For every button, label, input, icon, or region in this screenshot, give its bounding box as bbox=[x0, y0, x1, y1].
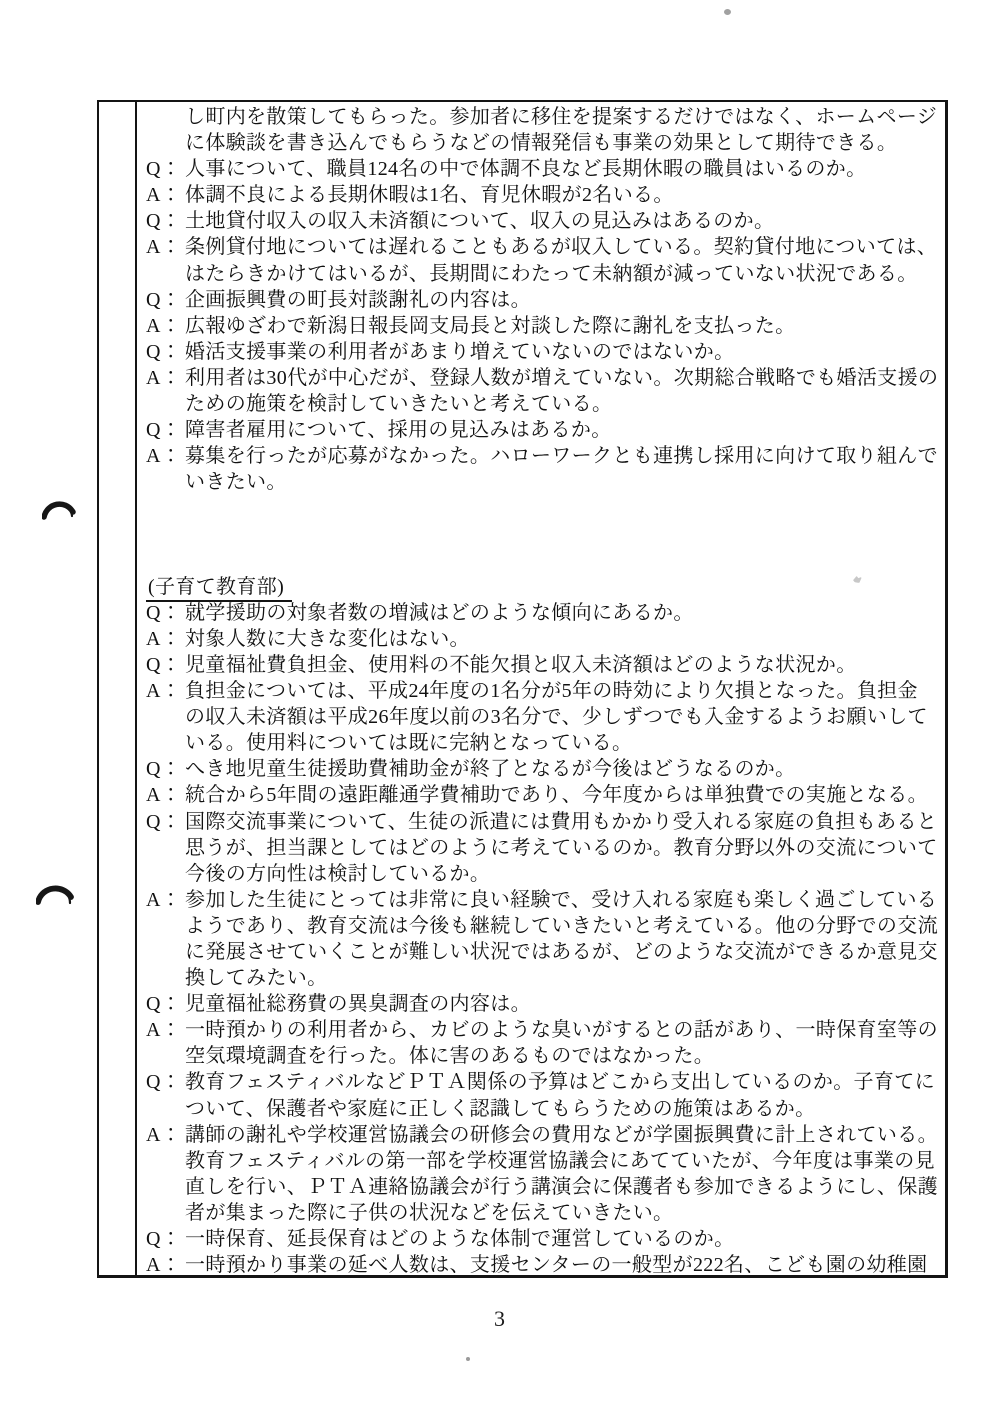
qa-line: Q：就学援助の対象者数の増減はどのような傾向にあるか。 bbox=[146, 600, 942, 626]
qa-line-text: し町内を散策してもらった。参加者に移住を提案するだけではなく、ホームページ bbox=[185, 104, 937, 130]
qa-line: Q：土地貸付収入の収入未済額について、収入の見込みはあるのか。 bbox=[146, 208, 942, 234]
qa-line: A：広報ゆざわで新潟日報長岡支局長と対談した際に謝礼を支払った。 bbox=[146, 313, 942, 339]
qa-line: いきたい。 bbox=[146, 469, 942, 495]
qa-line-text: 換してみたい。 bbox=[185, 965, 327, 991]
qa-line: A：講師の謝礼や学校運営協議会の研修会の費用などが学園振興費に計上されている。 bbox=[146, 1122, 942, 1148]
qa-line-text: 参加した生徒にとっては非常に良い経験で、受け入れる家庭も楽しく過ごしている bbox=[185, 887, 937, 913]
qa-line-text: ようであり、教育交流は今後も継続していきたいと考えている。他の分野での交流 bbox=[185, 913, 938, 939]
qa-prefix: Q： bbox=[146, 417, 185, 443]
qa-line: の収入未済額は平成26年度以前の3名分で、少しずつでも入金するようお願いして bbox=[146, 704, 942, 730]
qa-prefix: A： bbox=[146, 182, 185, 208]
page-number: 3 bbox=[0, 1306, 1000, 1332]
qa-indent bbox=[146, 1200, 185, 1226]
qa-line: A：一時預かり事業の延べ人数は、支援センターの一般型が222名、こども園の幼稚園 bbox=[146, 1252, 942, 1278]
qa-prefix: A： bbox=[146, 1252, 185, 1278]
qa-prefix: A： bbox=[146, 365, 185, 391]
qa-line-text: 条例貸付地については遅れることもあるが収入している。契約貸付地については、 bbox=[185, 234, 937, 260]
qa-line: 者が集まった際に子供の状況などを伝えていきたい。 bbox=[146, 1200, 942, 1226]
qa-prefix: Q： bbox=[146, 1069, 185, 1095]
qa-line: ための施策を検討していきたいと考えている。 bbox=[146, 391, 942, 417]
qa-line: Q：児童福祉総務費の異臭調査の内容は。 bbox=[146, 991, 942, 1017]
qa-prefix: A： bbox=[146, 313, 185, 339]
qa-line-text: 統合から5年間の遠距離通学費補助であり、今年度からは単独費での実施となる。 bbox=[185, 782, 928, 808]
qa-prefix: Q： bbox=[146, 652, 185, 678]
qa-prefix: Q： bbox=[146, 1226, 185, 1252]
qa-line: はたらきかけてはいるが、長期間にわたって未納額が減っていない状況である。 bbox=[146, 261, 942, 287]
qa-line-text: 児童福祉総務費の異臭調査の内容は。 bbox=[185, 991, 531, 1017]
qa-line: ようであり、教育交流は今後も継続していきたいと考えている。他の分野での交流 bbox=[146, 913, 942, 939]
qa-line: A：負担金については、平成24年度の1名分が5年の時効により欠損となった。負担金 bbox=[146, 678, 942, 704]
qa-line: 思うが、担当課としてはどのように考えているのか。教育分野以外の交流について bbox=[146, 835, 942, 861]
qa-line-text: 広報ゆざわで新潟日報長岡支局長と対談した際に謝礼を支払った。 bbox=[185, 313, 796, 339]
qa-line-text: 婚活支援事業の利用者があまり増えていないのではないか。 bbox=[185, 339, 734, 365]
qa-line-text: 教育フェスティバルなどＰＴＡ関係の予算はどこから支出しているのか。子育てに bbox=[185, 1069, 935, 1095]
qa-prefix: Q： bbox=[146, 339, 185, 365]
qa-indent bbox=[146, 965, 185, 991]
qa-prefix: Q： bbox=[146, 156, 185, 182]
qa-line-text: いきたい。 bbox=[185, 469, 287, 495]
qa-line: 直しを行い、ＰＴＡ連絡協議会が行う講演会に保護者も参加できるようにし、保護 bbox=[146, 1174, 942, 1200]
qa-line-text: へき地児童生徒援助費補助金が終了となるが今後はどうなるのか。 bbox=[185, 756, 796, 782]
qa-line-text: 講師の謝礼や学校運営協議会の研修会の費用などが学園振興費に計上されている。 bbox=[185, 1122, 938, 1148]
qa-indent bbox=[146, 913, 185, 939]
qa-line-text: 対象人数に大きな変化はない。 bbox=[185, 626, 470, 652]
scanned-document-page: し町内を散策してもらった。参加者に移住を提案するだけではなく、ホームページに体験… bbox=[0, 0, 1000, 1417]
section-heading-line: (子育て教育部) bbox=[146, 574, 942, 600]
qa-line-text: 障害者雇用について、採用の見込みはあるか。 bbox=[185, 417, 612, 443]
qa-line: 今後の方向性は検討しているか。 bbox=[146, 861, 942, 887]
qa-line-text: 企画振興費の町長対談謝礼の内容は。 bbox=[185, 287, 531, 313]
qa-indent bbox=[146, 130, 185, 156]
qa-line-text: ための施策を検討していきたいと考えている。 bbox=[185, 391, 612, 417]
qa-text-column: し町内を散策してもらった。参加者に移住を提案するだけではなく、ホームページに体験… bbox=[146, 104, 942, 1278]
qa-line: A：利用者は30代が中心だが、登録人数が増えていない。次期総合戦略でも婚活支援の bbox=[146, 365, 942, 391]
qa-line: A：統合から5年間の遠距離通学費補助であり、今年度からは単独費での実施となる。 bbox=[146, 782, 942, 808]
qa-line-text: 人事について、職員124名の中で体調不良など長期休暇の職員はいるのか。 bbox=[185, 156, 866, 182]
qa-prefix: A： bbox=[146, 1017, 185, 1043]
qa-indent bbox=[146, 261, 185, 287]
qa-line: Q：国際交流事業について、生徒の派遣には費用もかかり受入れる家庭の負担もあると bbox=[146, 809, 942, 835]
qa-indent bbox=[146, 104, 185, 130]
qa-prefix: A： bbox=[146, 234, 185, 260]
qa-line: Q：企画振興費の町長対談謝礼の内容は。 bbox=[146, 287, 942, 313]
qa-line: A：体調不良による長期休暇は1名、育児休暇が2名いる。 bbox=[146, 182, 942, 208]
qa-line-text: 体調不良による長期休暇は1名、育児休暇が2名いる。 bbox=[185, 182, 674, 208]
qa-line-text: 児童福祉費負担金、使用料の不能欠損と収入未済額はどのような状況か。 bbox=[185, 652, 857, 678]
qa-line-text: 教育フェスティバルの第一部を学校運営協議会にあてていたが、今年度は事業の見 bbox=[185, 1148, 935, 1174]
qa-prefix: A： bbox=[146, 678, 185, 704]
qa-line-text: 思うが、担当課としてはどのように考えているのか。教育分野以外の交流について bbox=[185, 835, 938, 861]
qa-line: 教育フェスティバルの第一部を学校運営協議会にあてていたが、今年度は事業の見 bbox=[146, 1148, 942, 1174]
qa-line-text: 利用者は30代が中心だが、登録人数が増えていない。次期総合戦略でも婚活支援の bbox=[185, 365, 938, 391]
qa-indent bbox=[146, 1043, 185, 1069]
qa-line-text: 一時預かり事業の延べ人数は、支援センターの一般型が222名、こども園の幼稚園 bbox=[185, 1252, 928, 1278]
qa-line-text: いる。使用料については既に完納となっている。 bbox=[185, 730, 632, 756]
qa-indent bbox=[146, 730, 185, 756]
qa-line-text: 負担金については、平成24年度の1名分が5年の時効により欠損となった。負担金 bbox=[185, 678, 918, 704]
qa-line-text: 募集を行ったが応募がなかった。ハローワークとも連携し採用に向けて取り組んで bbox=[185, 443, 938, 469]
qa-prefix: A： bbox=[146, 1122, 185, 1148]
qa-prefix: Q： bbox=[146, 991, 185, 1017]
scan-noise-speck bbox=[724, 9, 731, 15]
qa-line-text: 就学援助の対象者数の増減はどのような傾向にあるか。 bbox=[185, 600, 694, 626]
qa-prefix: Q： bbox=[146, 756, 185, 782]
left-margin-column bbox=[99, 102, 137, 1275]
qa-prefix: Q： bbox=[146, 809, 185, 835]
qa-line-text: の収入未済額は平成26年度以前の3名分で、少しずつでも入金するようお願いして bbox=[185, 704, 928, 730]
qa-line: Q：一時保育、延長保育はどのような体制で運営しているのか。 bbox=[146, 1226, 942, 1252]
qa-line: Q：児童福祉費負担金、使用料の不能欠損と収入未済額はどのような状況か。 bbox=[146, 652, 942, 678]
qa-line: ついて、保護者や家庭に正しく認識してもらうための施策はあるか。 bbox=[146, 1096, 942, 1122]
qa-line: A：参加した生徒にとっては非常に良い経験で、受け入れる家庭も楽しく過ごしている bbox=[146, 887, 942, 913]
qa-line: A：募集を行ったが応募がなかった。ハローワークとも連携し採用に向けて取り組んで bbox=[146, 443, 942, 469]
qa-indent bbox=[146, 835, 185, 861]
qa-line-text: 土地貸付収入の収入未済額について、収入の見込みはあるのか。 bbox=[185, 208, 774, 234]
qa-prefix: A： bbox=[146, 782, 185, 808]
qa-indent bbox=[146, 391, 185, 417]
qa-indent bbox=[146, 469, 185, 495]
qa-line: A：一時預かりの利用者から、カビのような臭いがするとの話があり、一時保育室等の bbox=[146, 1017, 942, 1043]
qa-line: A：条例貸付地については遅れることもあるが収入している。契約貸付地については、 bbox=[146, 234, 942, 260]
qa-line-text: 空気環境調査を行った。体に害のあるものではなかった。 bbox=[185, 1043, 714, 1069]
qa-line: Q：人事について、職員124名の中で体調不良など長期休暇の職員はいるのか。 bbox=[146, 156, 942, 182]
qa-line-text: に発展させていくことが難しい状況ではあるが、どのような交流ができるか意見交 bbox=[185, 939, 938, 965]
qa-line: に体験談を書き込んでもらうなどの情報発信も事業の効果として期待できる。 bbox=[146, 130, 942, 156]
qa-line: に発展させていくことが難しい状況ではあるが、どのような交流ができるか意見交 bbox=[146, 939, 942, 965]
binding-hole-mark-icon bbox=[36, 882, 74, 908]
qa-line-text: 一時預かりの利用者から、カビのような臭いがするとの話があり、一時保育室等の bbox=[185, 1017, 938, 1043]
qa-prefix: Q： bbox=[146, 208, 185, 234]
qa-line-text: 国際交流事業について、生徒の派遣には費用もかかり受入れる家庭の負担もあると bbox=[185, 809, 937, 835]
qa-line: 空気環境調査を行った。体に害のあるものではなかった。 bbox=[146, 1043, 942, 1069]
qa-line: Q：へき地児童生徒援助費補助金が終了となるが今後はどうなるのか。 bbox=[146, 756, 942, 782]
qa-indent bbox=[146, 1174, 185, 1200]
document-frame: し町内を散策してもらった。参加者に移住を提案するだけではなく、ホームページに体験… bbox=[97, 100, 948, 1278]
qa-indent bbox=[146, 1096, 185, 1122]
qa-prefix: A： bbox=[146, 443, 185, 469]
qa-line-text: 一時保育、延長保育はどのような体制で運営しているのか。 bbox=[185, 1226, 734, 1252]
qa-indent bbox=[146, 939, 185, 965]
qa-line: いる。使用料については既に完納となっている。 bbox=[146, 730, 942, 756]
qa-indent bbox=[146, 861, 185, 887]
qa-line: Q：教育フェスティバルなどＰＴＡ関係の予算はどこから支出しているのか。子育てに bbox=[146, 1069, 942, 1095]
qa-section: し町内を散策してもらった。参加者に移住を提案するだけではなく、ホームページに体験… bbox=[146, 104, 942, 495]
qa-prefix: A： bbox=[146, 887, 185, 913]
qa-line-text: 今後の方向性は検討しているか。 bbox=[185, 861, 490, 887]
scan-noise-speck bbox=[466, 1357, 470, 1361]
qa-section: (子育て教育部)Q：就学援助の対象者数の増減はどのような傾向にあるか。A：対象人… bbox=[146, 574, 942, 1279]
qa-prefix: A： bbox=[146, 626, 185, 652]
qa-line: A：対象人数に大きな変化はない。 bbox=[146, 626, 942, 652]
qa-line: し町内を散策してもらった。参加者に移住を提案するだけではなく、ホームページ bbox=[146, 104, 942, 130]
qa-line: 換してみたい。 bbox=[146, 965, 942, 991]
binding-hole-mark-icon bbox=[42, 498, 76, 522]
qa-prefix: Q： bbox=[146, 600, 185, 626]
qa-indent bbox=[146, 704, 185, 730]
qa-prefix: Q： bbox=[146, 287, 185, 313]
qa-line-text: ついて、保護者や家庭に正しく認識してもらうための施策はあるか。 bbox=[185, 1096, 815, 1122]
qa-line: Q：婚活支援事業の利用者があまり増えていないのではないか。 bbox=[146, 339, 942, 365]
qa-line-text: 直しを行い、ＰＴＡ連絡協議会が行う講演会に保護者も参加できるようにし、保護 bbox=[185, 1174, 938, 1200]
qa-indent bbox=[146, 1148, 185, 1174]
qa-line-text: 者が集まった際に子供の状況などを伝えていきたい。 bbox=[185, 1200, 673, 1226]
qa-line: Q：障害者雇用について、採用の見込みはあるか。 bbox=[146, 417, 942, 443]
qa-line-text: はたらきかけてはいるが、長期間にわたって未納額が減っていない状況である。 bbox=[185, 261, 918, 287]
section-heading: (子育て教育部) bbox=[146, 574, 292, 602]
qa-line-text: に体験談を書き込んでもらうなどの情報発信も事業の効果として期待できる。 bbox=[185, 130, 897, 156]
